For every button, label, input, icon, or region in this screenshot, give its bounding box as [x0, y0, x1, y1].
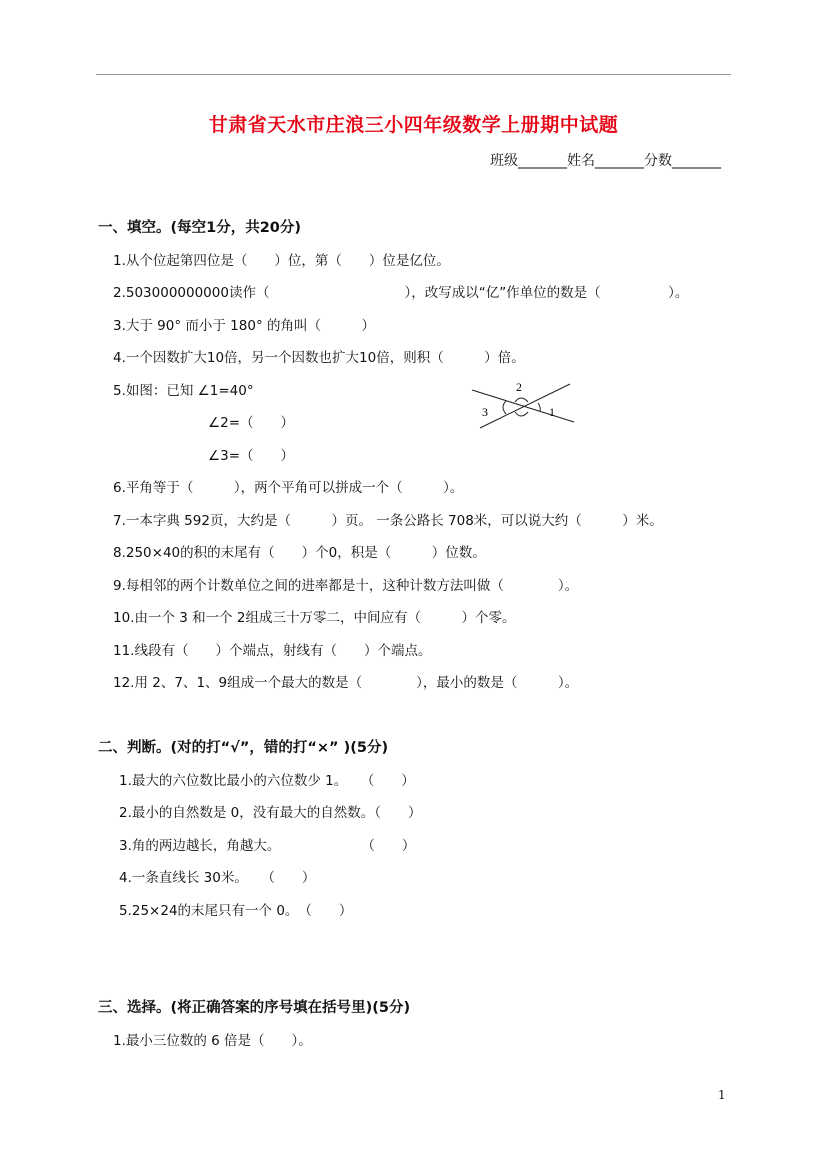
angle-1-label: 1: [549, 405, 555, 419]
header-rule: [96, 74, 731, 75]
question-2-1: 1.最大的六位数比最小的六位数少 1。 （ ）: [119, 769, 415, 789]
angle-3-label: 3: [482, 405, 488, 419]
page-number: 1: [718, 1088, 726, 1102]
student-info-line: 班级_______姓名_______分数_______: [490, 150, 721, 170]
question-1-3: 3.大于 90° 而小于 180° 的角叫（ ）: [113, 314, 375, 334]
section-3-heading: 三、选择。(将正确答案的序号填在括号里)(5分): [98, 996, 410, 1017]
question-1-6: 6.平角等于（ ），两个平角可以拼成一个（ ）。: [113, 476, 463, 496]
question-1-11: 11.线段有（ ）个端点，射线有（ ）个端点。: [113, 639, 431, 659]
question-1-10: 10.由一个 3 和一个 2组成三十万零二，中间应有（ ）个零。: [113, 606, 516, 626]
question-1-1: 1.从个位起第四位是（ ）位，第（ ）位是亿位。: [113, 249, 450, 269]
section-1-heading: 一、填空。(每空1分，共20分): [98, 216, 301, 237]
section-2-heading: 二、判断。(对的打“√”，错的打“×” )(5分): [98, 736, 388, 757]
question-1-5-angle2: ∠2=（ ）: [208, 411, 294, 431]
question-3-1: 1.最小三位数的 6 倍是（ ）。: [113, 1029, 312, 1049]
question-2-4: 4.一条直线长 30米。 （ ）: [119, 866, 315, 886]
question-1-8: 8.250×40的积的末尾有（ ）个0，积是（ ）位数。: [113, 541, 486, 561]
question-1-4: 4.一个因数扩大10倍，另一个因数也扩大10倍，则积（ ）倍。: [113, 346, 525, 366]
intersecting-lines-figure: 2 3 1: [466, 376, 586, 436]
angle-2-label: 2: [516, 380, 522, 394]
question-1-7: 7.一本字典 592页，大约是（ ）页。 一条公路长 708米，可以说大约（ ）…: [113, 509, 663, 529]
question-1-9: 9.每相邻的两个计数单位之间的进率都是十，这种计数方法叫做（ ）。: [113, 574, 578, 594]
question-1-12: 12.用 2、7、1、9组成一个最大的数是（ ），最小的数是（ ）。: [113, 671, 578, 691]
question-1-2: 2.503000000000读作（ ），改写成以“亿”作单位的数是（ ）。: [113, 281, 688, 301]
question-2-5: 5.25×24的末尾只有一个 0。 （ ）: [119, 899, 352, 919]
question-2-2: 2.最小的自然数是 0，没有最大的自然数。（ ）: [119, 801, 422, 821]
question-1-5-angle3: ∠3=（ ）: [208, 444, 294, 464]
question-2-3: 3.角的两边越长，角越大。 （ ）: [119, 834, 415, 854]
page-title: 甘肃省天水市庄浪三小四年级数学上册期中试题: [0, 110, 827, 137]
question-1-5: 5.如图：已知 ∠1=40°: [113, 379, 254, 399]
